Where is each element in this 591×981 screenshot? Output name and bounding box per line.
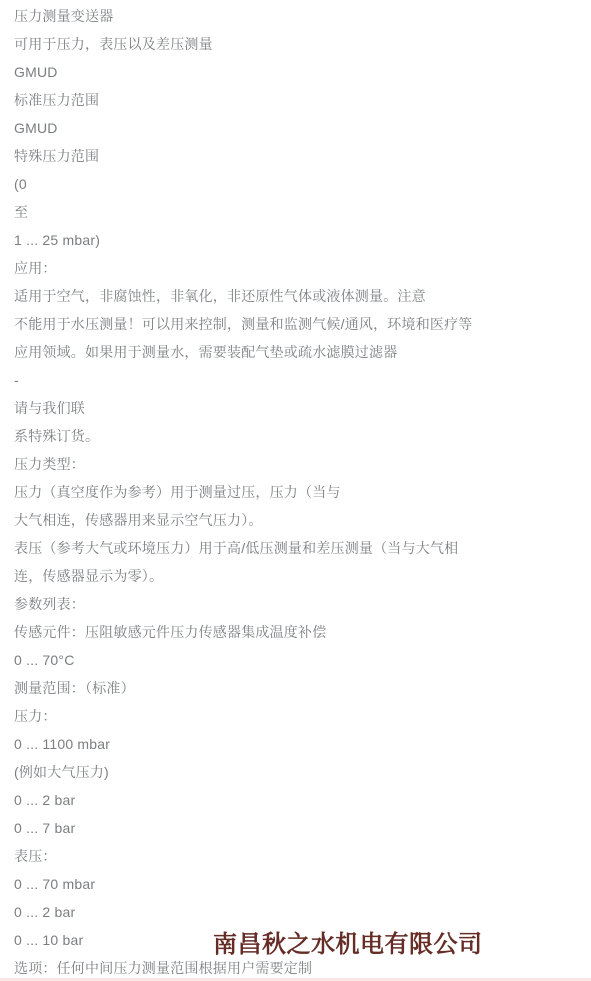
text-line: 0 ... 70 mbar [14,870,577,898]
text-line: 应用： [14,254,577,282]
text-line: 0 ... 70°C [14,646,577,674]
text-line: 应用领域。如果用于测量水，需要装配气垫或疏水滤膜过滤器 [14,338,577,366]
product-description-page: { "doc": { "lines": [ "压力测量变送器", "可用于压力，… [0,0,591,981]
text-line: 1 ... 25 mbar) [14,226,577,254]
text-line: 0 ... 2 bar [14,898,577,926]
product-description-text: 压力测量变送器 可用于压力，表压以及差压测量 GMUD 标准压力范围 GMUD … [0,0,591,981]
text-line: 请与我们联 [14,394,577,422]
text-line: 表压： [14,842,577,870]
text-line: GMUD [14,58,577,86]
text-line: 系特殊订货。 [14,422,577,450]
text-line: 连，传感器显示为零）。 [14,562,577,590]
text-line: GMUD [14,114,577,142]
text-line: 压力类型： [14,450,577,478]
text-line: 特殊压力范围 [14,142,577,170]
text-line: - [14,366,577,394]
text-line: 可用于压力，表压以及差压测量 [14,30,577,58]
text-line: 至 [14,198,577,226]
text-line: (0 [14,170,577,198]
text-line: 选项：任何中间压力测量范围根据用户需要定制 [14,954,577,981]
text-line: 0 ... 7 bar [14,814,577,842]
text-line: 标准压力范围 [14,86,577,114]
text-line: 0 ... 2 bar [14,786,577,814]
text-line: (例如大气压力) [14,758,577,786]
text-line: 表压（参考大气或环境压力）用于高/低压测量和差压测量（当与大气相 [14,534,577,562]
text-line: 测量范围：（标准） [14,674,577,702]
text-line: 压力（真空度作为参考）用于测量过压，压力（当与 [14,478,577,506]
text-line: 适用于空气，非腐蚀性，非氧化，非还原性气体或液体测量。注意 [14,282,577,310]
text-line: 压力： [14,702,577,730]
text-line: 压力测量变送器 [14,2,577,30]
text-line: 传感元件：压阻敏感元件压力传感器集成温度补偿 [14,618,577,646]
text-line: 大气相连，传感器用来显示空气压力）。 [14,506,577,534]
text-line: 参数列表： [14,590,577,618]
text-line: 0 ... 1100 mbar [14,730,577,758]
company-watermark: 南昌秋之水机电有限公司 [213,932,483,958]
text-line: 不能用于水压测量！可以用来控制，测量和监测气候/通风，环境和医疗等 [14,310,577,338]
